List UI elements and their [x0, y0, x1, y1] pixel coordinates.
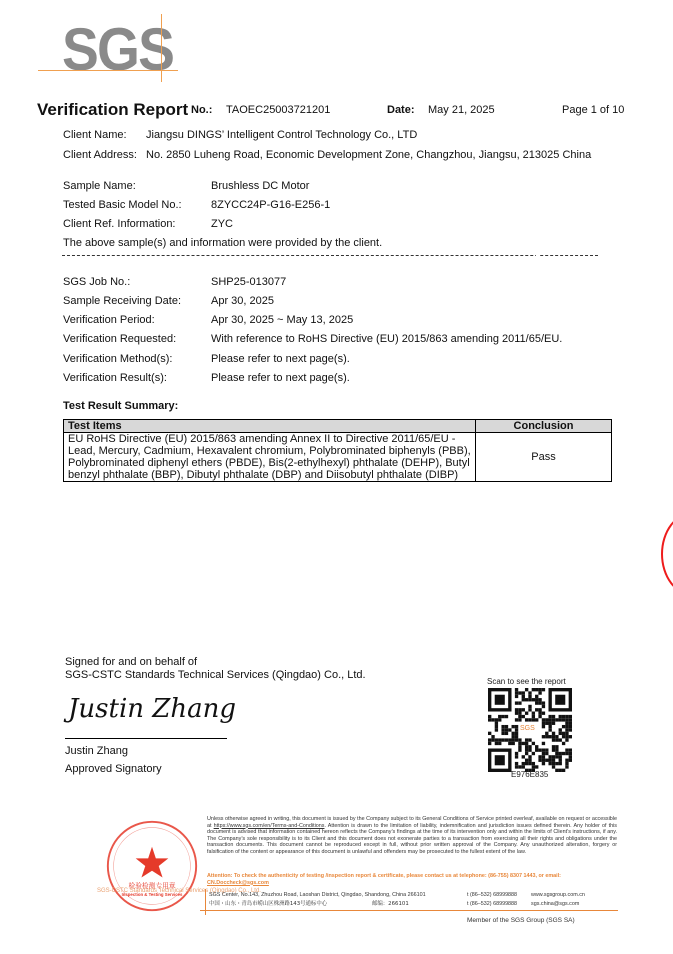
address-postcode: 邮编：266101 — [372, 900, 409, 908]
signature-line — [65, 738, 227, 739]
client-address-label: Client Address: — [63, 149, 137, 162]
sample-name-label: Sample Name: — [63, 180, 136, 193]
client-ref-label: Client Ref. Information: — [63, 218, 176, 231]
signing-company: SGS-CSTC Standards Technical Services (Q… — [65, 669, 366, 682]
authenticity-notice: Attention: To check the authenticity of … — [207, 873, 617, 886]
page-indicator: Page 1 of 10 — [562, 104, 624, 116]
address-english: SGS Center, No.143, Zhuzhou Road, Laosha… — [209, 891, 426, 899]
client-name-value: Jiangsu DINGS’ Intelligent Control Techn… — [146, 129, 417, 142]
job-no-value: SHP25-013077 — [211, 276, 286, 289]
verification-period-value: Apr 30, 2025 ~ May 13, 2025 — [211, 314, 353, 327]
receiving-date-label: Sample Receiving Date: — [63, 295, 181, 308]
signed-on-behalf-line: Signed for and on behalf of — [65, 656, 197, 669]
sample-name-value: Brushless DC Motor — [211, 180, 309, 193]
table-row: EU RoHS Directive (EU) 2015/863 amending… — [64, 433, 612, 482]
client-ref-value: ZYC — [211, 218, 233, 231]
verification-method-value: Please refer to next page(s). — [211, 353, 350, 366]
logo-accent-line — [38, 70, 178, 71]
handwritten-signature: Justin Zhang — [68, 694, 236, 724]
signatory-role: Approved Signatory — [65, 763, 162, 776]
verification-requested-label: Verification Requested: — [63, 333, 176, 346]
red-stamp-edge — [661, 512, 673, 596]
address-divider-vertical — [205, 889, 206, 915]
report-no-label: No.: — [191, 104, 212, 116]
logo-accent-line-vertical — [161, 14, 162, 82]
column-header-test-items: Test Items — [64, 420, 476, 433]
receiving-date-value: Apr 30, 2025 — [211, 295, 274, 308]
section-divider — [62, 255, 598, 256]
legal-disclaimer: Unless otherwise agreed in writing, this… — [207, 816, 617, 856]
member-of-group: Member of the SGS Group (SGS SA) — [467, 917, 575, 924]
inspection-seal-icon: 检验检测专用章 Inspection & Testing Services — [104, 818, 200, 914]
signatory-name: Justin Zhang — [65, 745, 128, 758]
job-no-label: SGS Job No.: — [63, 276, 130, 289]
address-divider-horizontal — [200, 910, 618, 911]
model-no-label: Tested Basic Model No.: — [63, 199, 182, 212]
test-item-cell: EU RoHS Directive (EU) 2015/863 amending… — [64, 433, 476, 482]
qr-caption: Scan to see the report — [487, 677, 566, 686]
qr-code-id: E976E835 — [511, 770, 548, 779]
model-no-value: 8ZYCC24P-G16-E256-1 — [211, 199, 330, 212]
column-header-conclusion: Conclusion — [476, 420, 612, 433]
website-link[interactable]: www.sgsgroup.com.cn — [531, 891, 585, 899]
address-chinese: 中国・山东・青岛市崂山区株洲路143号通标中心 — [209, 900, 327, 908]
doccheck-email-link[interactable]: CN.Doccheck@sgs.com — [207, 880, 269, 886]
terms-link[interactable]: https://www.sgs.com/en/Terms-and-Conditi… — [214, 823, 325, 829]
sample-note: The above sample(s) and information were… — [63, 237, 382, 250]
conclusion-cell: Pass — [476, 433, 612, 482]
authenticity-text: Attention: To check the authenticity of … — [207, 873, 561, 879]
verification-method-label: Verification Method(s): — [63, 353, 172, 366]
report-title: Verification Report — [37, 100, 188, 120]
verification-requested-value: With reference to RoHS Directive (EU) 20… — [211, 333, 562, 346]
summary-title: Test Result Summary: — [63, 400, 178, 412]
client-name-label: Client Name: — [63, 129, 127, 142]
telephone-1: t (86–532) 68999888 — [467, 891, 517, 899]
client-address-value: No. 2850 Luheng Road, Economic Developme… — [146, 149, 591, 162]
verification-result-label: Verification Result(s): — [63, 372, 167, 385]
table-header-row: Test Items Conclusion — [64, 420, 612, 433]
divider-gap — [536, 253, 539, 257]
contact-email[interactable]: sgs.china@sgs.com — [531, 900, 579, 908]
sgs-logo: SGS — [62, 20, 173, 80]
qr-center-logo: SGS — [519, 725, 536, 732]
date-value: May 21, 2025 — [428, 104, 495, 116]
test-result-table: Test Items Conclusion EU RoHS Directive … — [63, 419, 612, 482]
date-label: Date: — [387, 104, 415, 116]
verification-result-value: Please refer to next page(s). — [211, 372, 350, 385]
report-no-value: TAOEC25003721201 — [226, 104, 330, 116]
telephone-2: t (86–532) 68999888 — [467, 900, 517, 908]
verification-period-label: Verification Period: — [63, 314, 155, 327]
